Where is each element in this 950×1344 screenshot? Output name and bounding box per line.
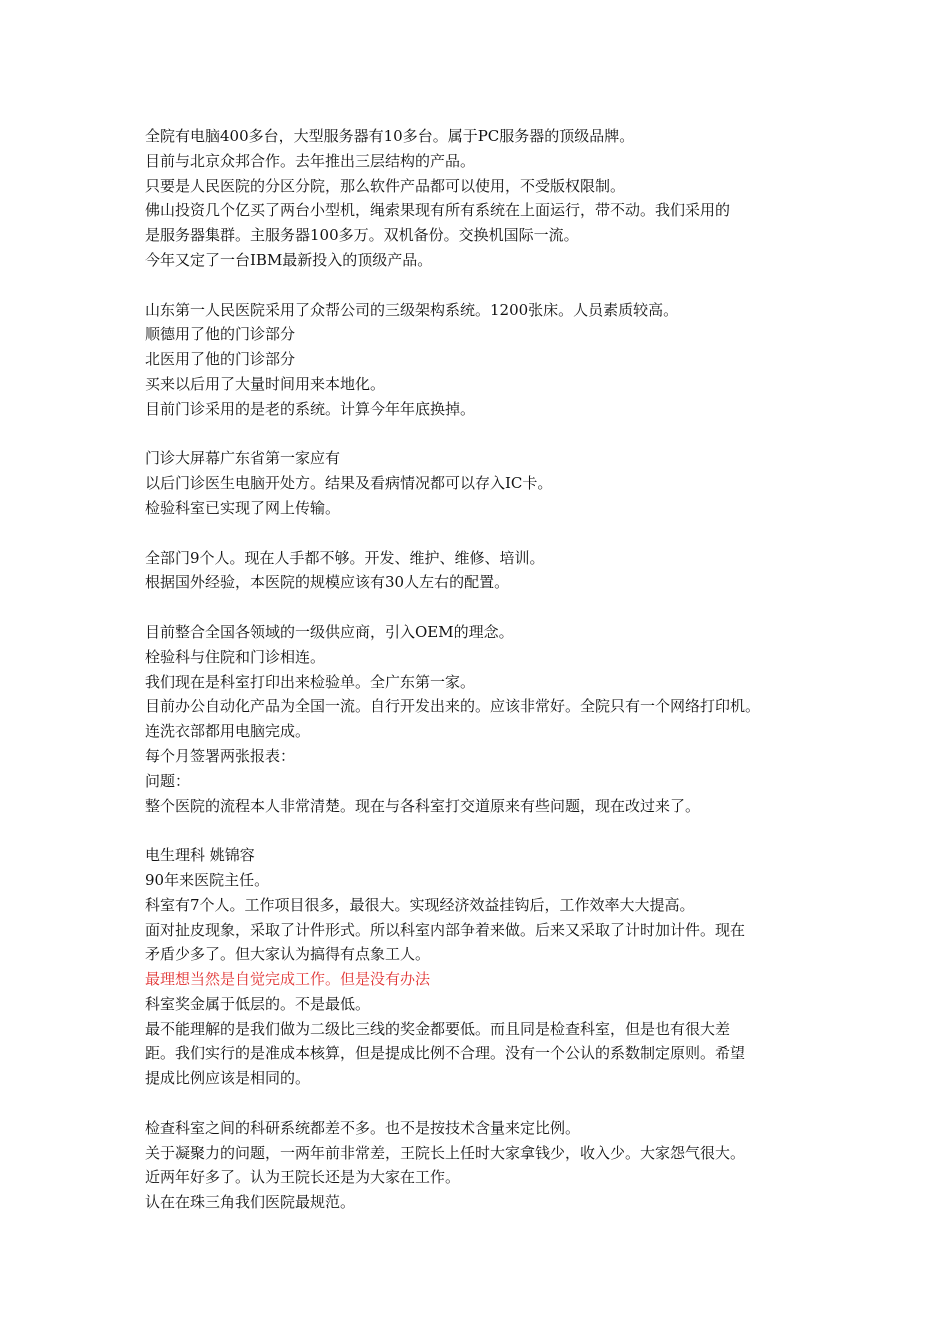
text-line: 我们现在是科室打印出来检验单。全广东第一家。 [145,670,810,695]
paragraph-integration: 目前整合全国各领域的一级供应商，引入OEM的理念。 栓验科与住院和门诊相连。 我… [145,620,810,818]
text-line: 顺德用了他的门诊部分 [145,322,810,347]
text-line: 检查科室之间的科研系统都差不多。也不是按技术含量来定比例。 [145,1116,810,1141]
text-line: 关于凝聚力的问题，一两年前非常差，王院长上任时大家拿钱少，收入少。大家怨气很大。 [145,1141,810,1166]
paragraph-spacer [145,273,810,298]
document-page: 全院有电脑400多台，大型服务器有10多台。属于PC服务器的顶级品牌。 目前与北… [145,124,810,1215]
text-line: 最不能理解的是我们做为二级比三线的奖金都要低。而且同是检查科室，但是也有很大差 [145,1017,810,1042]
paragraph-staffing: 全部门9个人。现在人手都不够。开发、维护、维修、培训。 根据国外经验，本医院的规… [145,546,810,596]
paragraph-spacer [145,422,810,447]
text-line: 以后门诊医生电脑开处方。结果及看病情况都可以存入IC卡。 [145,471,810,496]
text-line: 问题： [145,769,810,794]
section-heading: 电生理科 姚锦容 [145,843,810,868]
paragraph-spacer [145,818,810,843]
text-line: 近两年好多了。认为王院长还是为大家在工作。 [145,1165,810,1190]
paragraph-hardware: 全院有电脑400多台，大型服务器有10多台。属于PC服务器的顶级品牌。 目前与北… [145,124,810,273]
paragraph-spacer [145,595,810,620]
text-line: 整个医院的流程本人非常清楚。现在与各科室打交道原来有些问题，现在改过来了。 [145,794,810,819]
paragraph-cohesion: 检查科室之间的科研系统都差不多。也不是按技术含量来定比例。 关于凝聚力的问题，一… [145,1116,810,1215]
paragraph-shandong: 山东第一人民医院采用了众帮公司的三级架构系统。1200张床。人员素质较高。 顺德… [145,298,810,422]
text-line: 连洗衣部都用电脑完成。 [145,719,810,744]
text-line: 提成比例应该是相同的。 [145,1066,810,1091]
text-line: 只要是人民医院的分区分院，那么软件产品都可以使用，不受版权限制。 [145,174,810,199]
text-line: 根据国外经验，本医院的规模应该有30人左右的配置。 [145,570,810,595]
text-line: 距。我们实行的是准成本核算，但是提成比例不合理。没有一个公认的系数制定原则。希望 [145,1041,810,1066]
text-line: 山东第一人民医院采用了众帮公司的三级架构系统。1200张床。人员素质较高。 [145,298,810,323]
text-line: 买来以后用了大量时间用来本地化。 [145,372,810,397]
text-line: 北医用了他的门诊部分 [145,347,810,372]
text-line: 目前办公自动化产品为全国一流。自行开发出来的。应该非常好。全院只有一个网络打印机… [145,694,810,719]
paragraph-spacer [145,1091,810,1116]
text-line: 面对扯皮现象，采取了计件形式。所以科室内部争着来做。后来又采取了计时加计件。现在 [145,918,810,943]
text-line: 今年又定了一台IBM最新投入的顶级产品。 [145,248,810,273]
text-line: 全部门9个人。现在人手都不够。开发、维护、维修、培训。 [145,546,810,571]
text-line: 科室奖金属于低层的。不是最低。 [145,992,810,1017]
highlighted-text-line: 最理想当然是自觉完成工作。但是没有办法 [145,967,810,992]
paragraph-outpatient: 门诊大屏幕广东省第一家应有 以后门诊医生电脑开处方。结果及看病情况都可以存入IC… [145,446,810,520]
text-line: 佛山投资几个亿买了两台小型机，绳索果现有所有系统在上面运行，带不动。我们采用的 [145,198,810,223]
text-line: 科室有7个人。工作项目很多，最很大。实现经济效益挂钩后，工作效率大大提高。 [145,893,810,918]
text-line: 目前整合全国各领域的一级供应商，引入OEM的理念。 [145,620,810,645]
paragraph-spacer [145,521,810,546]
paragraph-electrophysiology: 电生理科 姚锦容 90年来医院主任。 科室有7个人。工作项目很多，最很大。实现经… [145,843,810,1091]
text-line: 认在在珠三角我们医院最规范。 [145,1190,810,1215]
text-line: 90年来医院主任。 [145,868,810,893]
text-line: 矛盾少多了。但大家认为搞得有点象工人。 [145,942,810,967]
text-line: 检验科室已实现了网上传输。 [145,496,810,521]
text-line: 栓验科与住院和门诊相连。 [145,645,810,670]
text-line: 目前与北京众邦合作。去年推出三层结构的产品。 [145,149,810,174]
text-line: 全院有电脑400多台，大型服务器有10多台。属于PC服务器的顶级品牌。 [145,124,810,149]
text-line: 每个月签署两张报表： [145,744,810,769]
text-line: 目前门诊采用的是老的系统。计算今年年底换掉。 [145,397,810,422]
text-line: 门诊大屏幕广东省第一家应有 [145,446,810,471]
text-line: 是服务器集群。主服务器100多万。双机备份。交换机国际一流。 [145,223,810,248]
